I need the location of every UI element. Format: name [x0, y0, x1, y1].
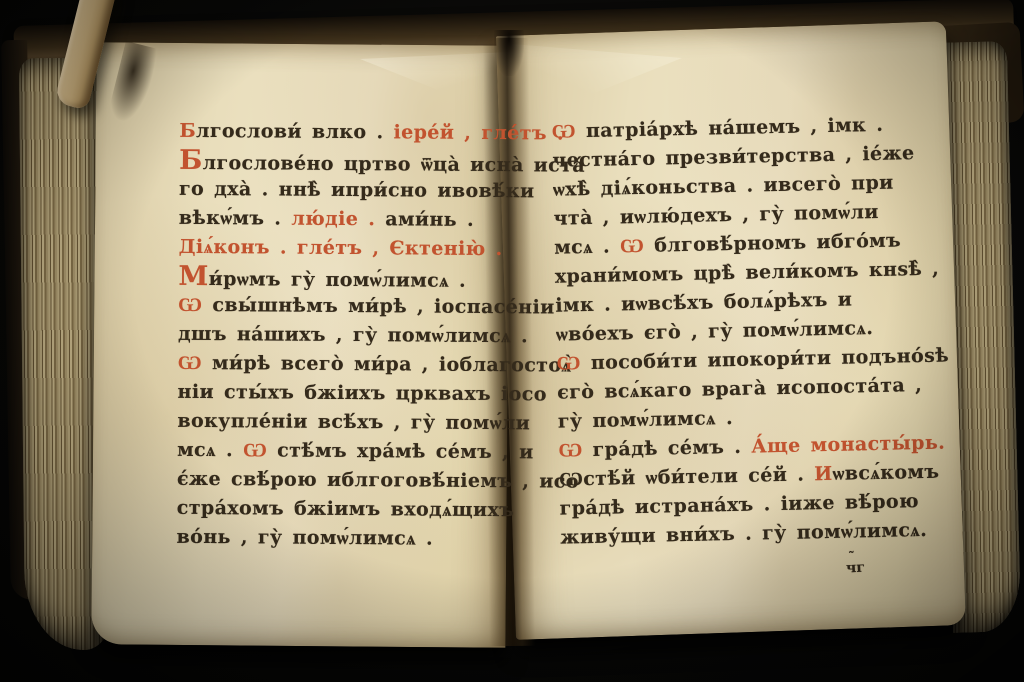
- rubric-text: лю́діе .: [291, 208, 375, 231]
- rubric-text: И: [814, 463, 833, 485]
- ink-text: єго̀ всѧ́каго врага̀ исопоста́та ,: [557, 374, 922, 404]
- gutter-top-notch: [494, 30, 524, 76]
- photo-background: Блгослови́ влко . іере́й , гле́тъ .Блгос…: [0, 0, 1024, 682]
- ink-text: ніи сты́хъ бжіихъ црквахъ іосо: [178, 381, 547, 406]
- titlo-mark: ˜: [848, 550, 855, 565]
- ink-text: храни́момъ црѣ̀ вели́комъ кнѕѣ̀ ,: [555, 258, 940, 288]
- ink-text: Ѡстѣ́й ѡби́тели се́й .: [559, 463, 815, 490]
- text-line: Ѡ ми́рѣ всего̀ ми́ра , іоблагостоѧ̀: [178, 349, 510, 380]
- ink-text: свы́шнѣмъ ми́рѣ , іоспасе́ніи: [202, 294, 554, 318]
- ink-text: лгослови́ влко .: [196, 120, 394, 143]
- ink-text: ѡвсѧ́комъ: [832, 461, 939, 485]
- text-line: вѣкѡ́мъ . лю́діе . ами́нь .: [179, 204, 511, 235]
- ink-text: и́рѡмъ гу̀ помѡ́лимсѧ .: [209, 268, 467, 292]
- ink-text: ми́рѣ всего̀ ми́ра , іоблагостоѧ̀: [202, 352, 572, 377]
- quire-signature: ˜чг: [846, 560, 866, 577]
- left-page-text: Блгослови́ влко . іере́й , гле́тъ .Блгос…: [176, 117, 511, 554]
- ink-text: пособи́ти ипокори́ти подъно́ѕѣ: [581, 344, 950, 374]
- ink-text: го дха̀ . ннѣ̀ ипри́сно ивовѣ́ки: [179, 178, 535, 202]
- rubric-text: Ѡ: [178, 294, 202, 316]
- ink-text: живу́щи вни́хъ . гу̀ помѡ́лимсѧ.: [560, 519, 927, 549]
- text-line: Ѡ свы́шнѣмъ ми́рѣ , іоспасе́ніи: [178, 291, 510, 322]
- ink-text: блговѣ́рномъ ибго́мъ: [644, 229, 901, 256]
- rubric-text: Ѡ: [552, 120, 577, 143]
- ink-text: ами́нь .: [375, 208, 474, 231]
- rubric-text: М: [178, 261, 209, 292]
- ink-text: гу̀ помѡ́лимсѧ .: [558, 407, 734, 433]
- right-page-text: Ѡ патріа́рхѣ на́шемъ , імк .честна́го пр…: [551, 110, 912, 552]
- ink-text: гра́дѣ се́мъ .: [582, 436, 751, 462]
- ink-text: вѣкѡ́мъ .: [179, 207, 292, 230]
- ink-text: патріа́рхѣ на́шемъ , імк .: [576, 114, 884, 142]
- rubric-text: Б: [179, 145, 203, 176]
- ink-text: честна́го презви́терства , іе́же: [552, 142, 915, 172]
- text-line: Діѧ́конъ . гле́тъ , Єктенію̀ .: [179, 233, 511, 264]
- rubric-text: іере́й , гле́тъ .: [393, 121, 563, 144]
- text-line: вокупле́ніи всѣ́хъ , гу̀ помѡ́ли: [177, 407, 509, 438]
- text-line: Блгослови́ влко . іере́й , гле́тъ .: [179, 117, 511, 148]
- rubric-text: Ѡ: [178, 352, 202, 374]
- text-line: мсѧ . Ѡ стѣ́мъ хра́мѣ се́мъ , и: [177, 436, 509, 467]
- ink-text: ѡво́ехъ єго̀ , гу̀ помѡ́лимсѧ.: [556, 317, 874, 346]
- text-line: го дха̀ . ннѣ̀ ипри́сно ивовѣ́ки: [179, 175, 511, 206]
- text-line: Ми́рѡмъ гу̀ помѡ́лимсѧ .: [178, 262, 510, 293]
- ink-text: дшъ на́шихъ , гу̀ помѡ́лимсѧ .: [178, 323, 528, 347]
- text-line: стра́хомъ бжіимъ входѧ́щихъ: [177, 494, 509, 525]
- rubric-text: Ѡ: [620, 235, 645, 258]
- text-line: є́же свѣ́рою иблгоговѣ́ніемъ , исо: [177, 465, 509, 496]
- text-line: дшъ на́шихъ , гу̀ помѡ́лимсѧ .: [178, 320, 510, 351]
- text-line: во́нь , гу̀ помѡ́лимсѧ .: [176, 523, 508, 554]
- ink-text: чта̀ , иѡлю́дехъ , гу̀ помѡ́ли: [553, 201, 879, 230]
- ink-text: вокупле́ніи всѣ́хъ , гу̀ помѡ́ли: [177, 410, 530, 434]
- text-line: Блгослове́но цртво ѿца̀ исна̀ иста́: [179, 146, 511, 177]
- ink-text: імк . иѡвсѣ́хъ болѧ́рѣхъ и: [555, 288, 852, 316]
- rubric-text: А́ще монасты́рь.: [751, 432, 945, 458]
- ink-text: є́же свѣ́рою иблгоговѣ́ніемъ , исо: [177, 468, 579, 493]
- ink-text: во́нь , гу̀ помѡ́лимсѧ .: [177, 526, 434, 550]
- ink-text: стра́хомъ бжіимъ входѧ́щихъ: [177, 497, 515, 521]
- rubric-text: Ѡ: [558, 439, 583, 462]
- ink-text: мсѧ .: [177, 439, 243, 461]
- ink-text: мсѧ .: [554, 235, 620, 258]
- ink-text: гра́дѣ истрана́хъ . іиже вѣ́рою: [559, 490, 919, 520]
- rubric-text: Ѡ: [556, 352, 581, 375]
- ink-text: лгослове́но цртво ѿца̀ исна̀ иста́: [203, 152, 586, 177]
- text-line: ніи сты́хъ бжіихъ црквахъ іосо: [177, 378, 509, 409]
- rubric-text: Ѡ: [243, 439, 267, 461]
- rubric-text: Діѧ́конъ . гле́тъ , Єктенію̀ .: [179, 236, 503, 260]
- ink-text: стѣ́мъ хра́мѣ се́мъ , и: [267, 439, 534, 463]
- rubric-text: Б: [179, 120, 196, 142]
- ink-text: ѡхѣ̀ діѧ́коньства . ивсего̀ при: [553, 172, 894, 201]
